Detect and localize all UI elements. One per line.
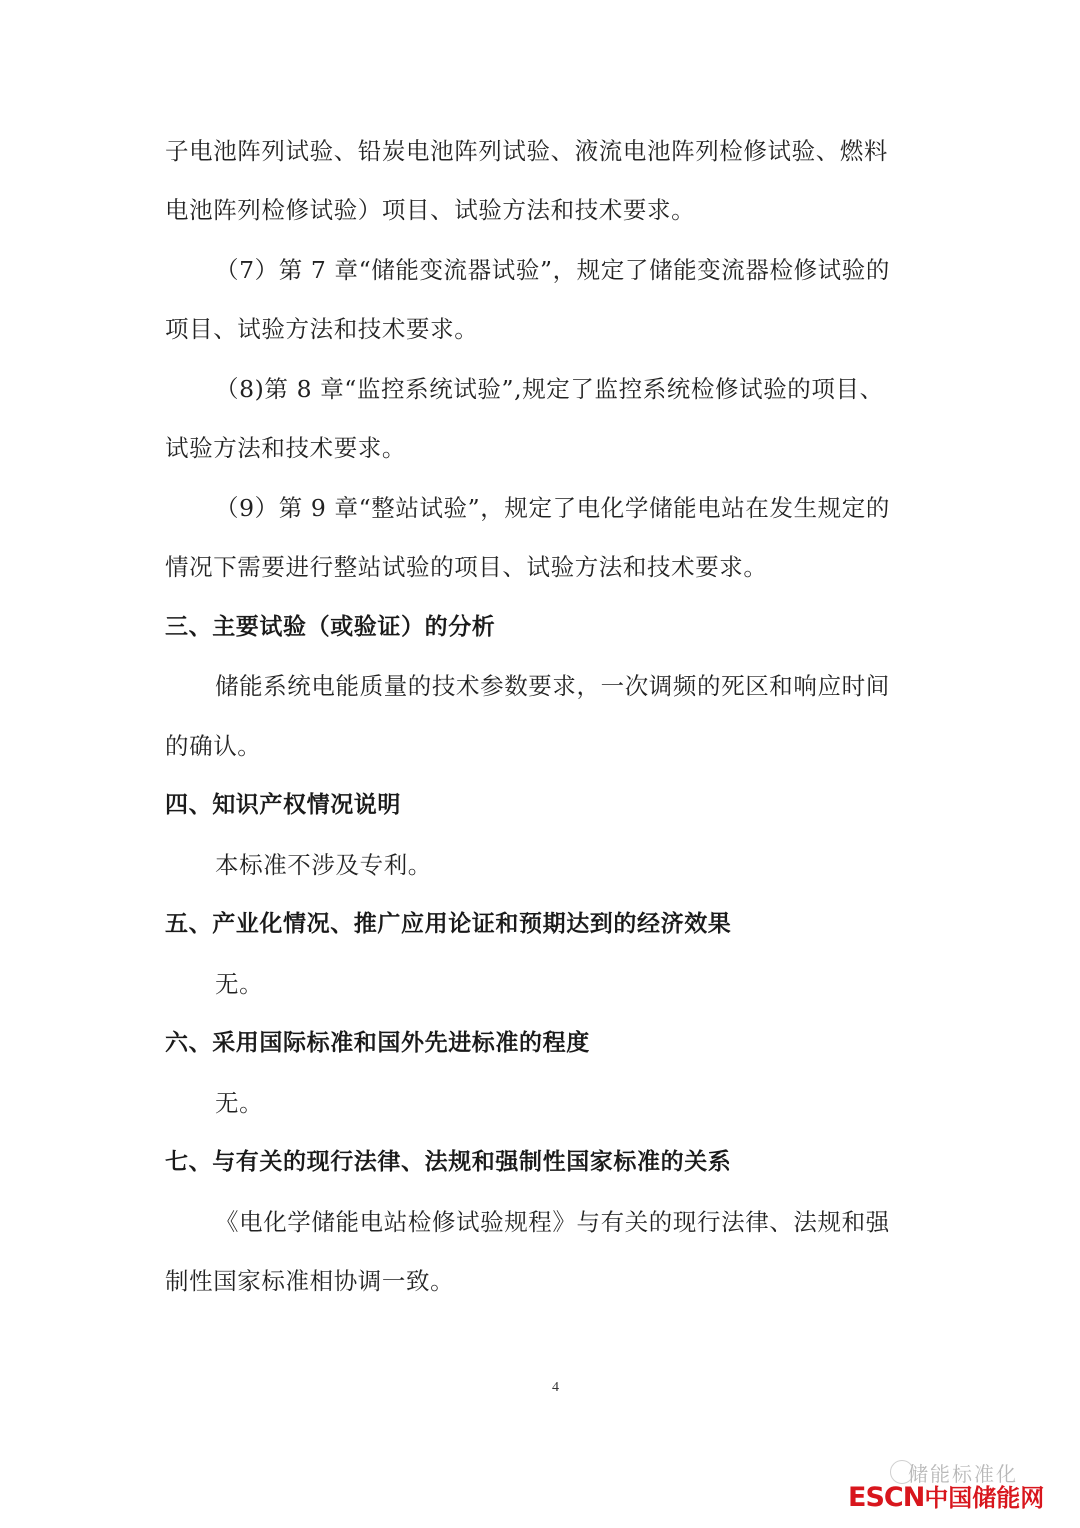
body-text-line: 电池阵列检修试验）项目、试验方法和技术要求。 [165,195,695,225]
body-text-line: 子电池阵列试验、铅炭电池阵列试验、液流电池阵列检修试验、燃料 [165,136,888,166]
body-text-line: （7）第 7 章“储能变流器试验”，规定了储能变流器检修试验的 [215,255,890,285]
body-text-line: 的确认。 [165,731,261,761]
body-text-line: 情况下需要进行整站试验的项目、试验方法和技术要求。 [165,552,768,582]
body-text-line: （8)第 8 章“监控系统试验”,规定了监控系统检修试验的项目、 [215,374,884,404]
escn-brand: ESCN中国储能网 [848,1478,1044,1513]
body-text-line: 制性国家标准相协调一致。 [165,1266,454,1296]
body-text-line: 本标准不涉及专利。 [215,850,432,880]
page-number: 4 [552,1380,559,1396]
body-text-line: 项目、试验方法和技术要求。 [165,314,478,344]
body-text-line: 《电化学储能电站检修试验规程》与有关的现行法律、法规和强 [215,1207,890,1237]
brand-en: ESCN [848,1482,924,1513]
section-heading-3: 三、主要试验（或验证）的分析 [165,612,495,642]
section-heading-5: 五、产业化情况、推广应用论证和预期达到的经济效果 [165,909,731,939]
body-text-line: 储能系统电能质量的技术参数要求，一次调频的死区和响应时间 [215,671,890,701]
brand-cn: 中国储能网 [924,1484,1044,1512]
body-text-line: 试验方法和技术要求。 [165,433,406,463]
body-text-line: 无。 [215,1088,263,1118]
section-heading-7: 七、与有关的现行法律、法规和强制性国家标准的关系 [165,1147,731,1177]
body-text-line: （9）第 9 章“整站试验”，规定了电化学储能电站在发生规定的 [215,493,890,523]
section-heading-4: 四、知识产权情况说明 [165,790,401,820]
watermark-logo: 储能标准化 ESCN中国储能网 [848,1458,1068,1518]
body-text-line: 无。 [215,969,263,999]
section-heading-6: 六、采用国际标准和国外先进标准的程度 [165,1028,590,1058]
